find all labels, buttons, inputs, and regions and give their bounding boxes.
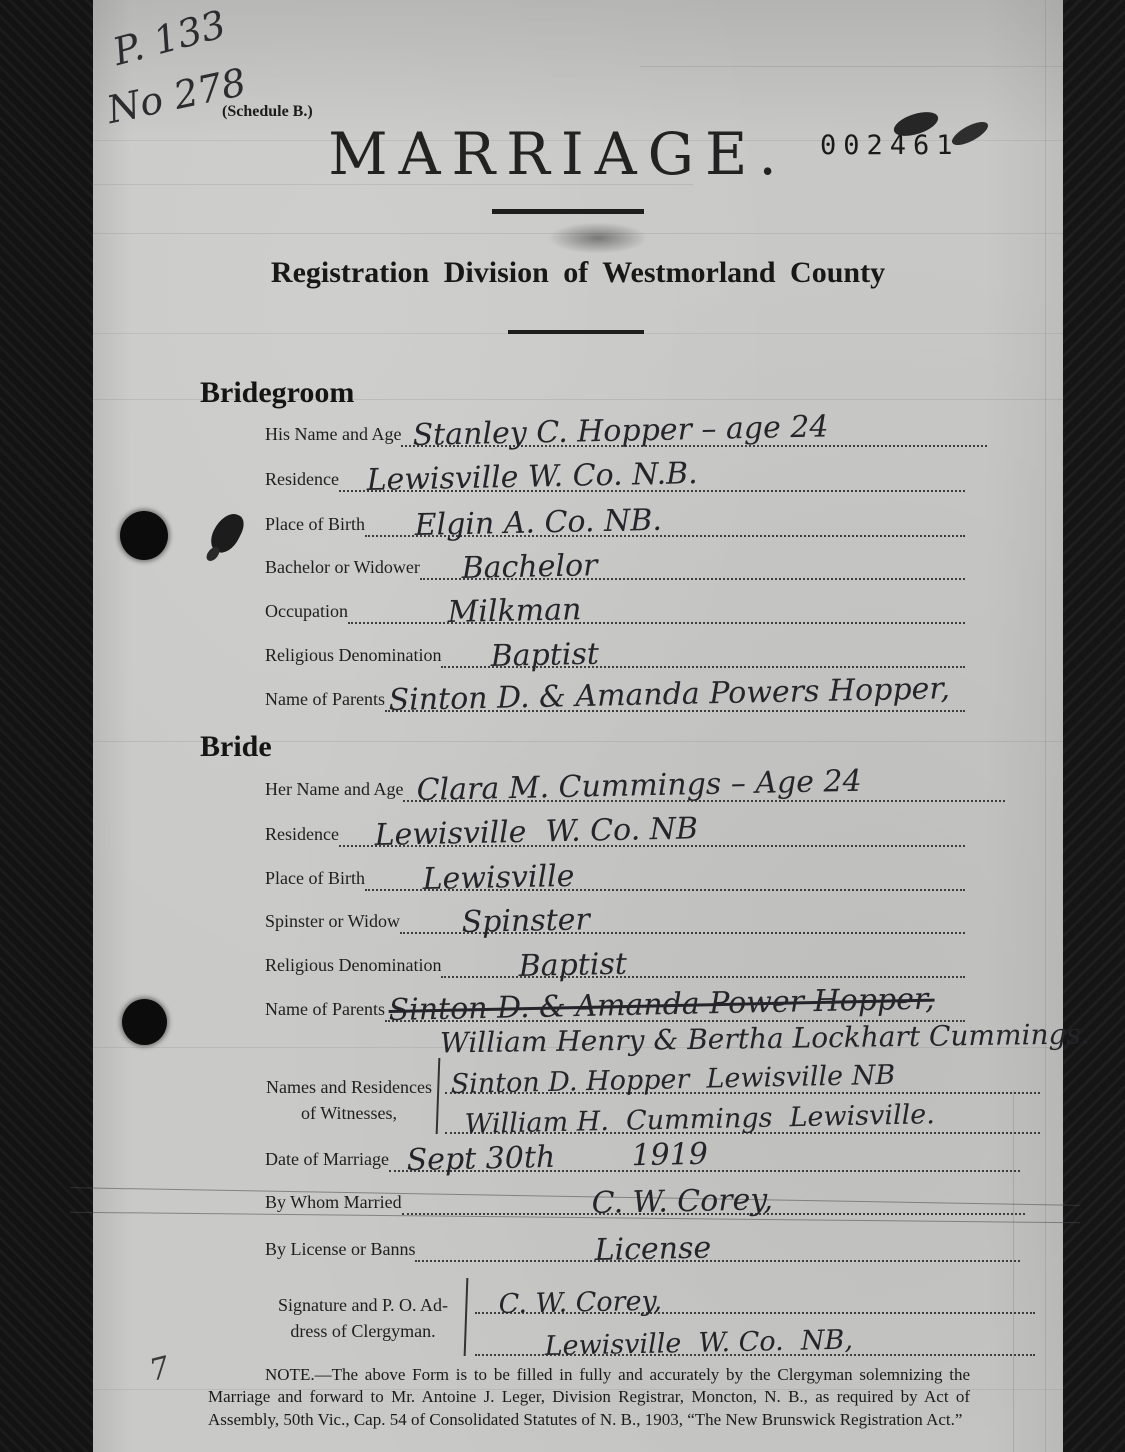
field-label: By Whom Married xyxy=(265,1192,402,1215)
field-row-groom-parents: Name of Parents Sinton D. & Amanda Power… xyxy=(265,668,965,712)
field-label: Religious Denomination xyxy=(265,645,441,668)
film-edge-right xyxy=(1063,0,1125,1452)
field-line: Spinster xyxy=(400,888,965,934)
clergyman-label-line1: Signature and P. O. Ad- xyxy=(278,1295,448,1315)
field-line: Baptist xyxy=(441,932,965,978)
witnesses-lines: Sinton D. Hopper Lewisville NB William H… xyxy=(445,1056,1040,1134)
clergyman-label-line2: dress of Clergyman. xyxy=(290,1321,435,1341)
field-line: Bachelor xyxy=(420,534,965,580)
field-line: Sept 30th 1919 xyxy=(389,1126,1020,1172)
field-label: Spinster or Widow xyxy=(265,911,400,934)
clergyman-label: Signature and P. O. Ad- dress of Clergym… xyxy=(265,1292,461,1344)
field-row-bride-name: Her Name and Age Clara M. Cummings – Age… xyxy=(265,758,1005,802)
serial-number-stamp: 002461 xyxy=(820,130,960,161)
field-label: Name of Parents xyxy=(265,999,385,1022)
scan-line-vertical xyxy=(1045,0,1046,1452)
field-label: Name of Parents xyxy=(265,689,385,712)
field-line: Clara M. Cummings – Age 24 xyxy=(403,756,1005,802)
punch-hole xyxy=(122,999,167,1045)
field-line: Lewisville W. Co. N.B. xyxy=(339,446,965,492)
smudge xyxy=(548,222,648,254)
divider-rule xyxy=(492,209,644,214)
field-label: Place of Birth xyxy=(265,514,365,537)
handwritten-value: License xyxy=(595,1231,712,1268)
field-label: Residence xyxy=(265,824,339,847)
field-row-marriage-date: Date of Marriage Sept 30th 1919 xyxy=(265,1128,1020,1172)
field-label: By License or Banns xyxy=(265,1239,415,1262)
divider-rule xyxy=(508,330,644,334)
field-row-bride-residence: Residence Lewisville W. Co. NB xyxy=(265,803,965,847)
schedule-label: (Schedule B.) xyxy=(222,103,313,121)
bride-heading: Bride xyxy=(200,730,272,764)
field-line: C. W. Corey, xyxy=(402,1169,1025,1215)
field-label: Religious Denomination xyxy=(265,955,441,978)
field-row-groom-name: His Name and Age Stanley C. Hopper – age… xyxy=(265,403,987,447)
field-row-groom-religion: Religious Denomination Baptist xyxy=(265,624,965,668)
scanned-document: P. 133 No 278 (Schedule B.) MARRIAGE. 00… xyxy=(0,0,1125,1452)
field-label: Residence xyxy=(265,469,339,492)
field-row-by-whom-married: By Whom Married C. W. Corey, xyxy=(265,1171,1025,1215)
field-line: Lewisville W. Co. NB xyxy=(339,801,965,847)
punch-hole xyxy=(120,511,168,560)
field-label: Bachelor or Widower xyxy=(265,557,420,580)
field-row-bride-religion: Religious Denomination Baptist xyxy=(265,934,965,978)
brace-mark xyxy=(464,1278,469,1356)
field-label: Place of Birth xyxy=(265,868,365,891)
field-row-groom-status: Bachelor or Widower Bachelor xyxy=(265,536,965,580)
clergyman-block: Signature and P. O. Ad- dress of Clergym… xyxy=(265,1276,1035,1356)
brace-mark xyxy=(436,1058,441,1134)
scan-line xyxy=(640,66,1063,67)
clergyman-lines: C. W. Corey, Lewisville W. Co. NB, xyxy=(475,1276,1035,1356)
field-line: Sinton D. & Amanda Powers Hopper, xyxy=(385,666,965,712)
field-row-bride-birthplace: Place of Birth Lewisville xyxy=(265,847,965,891)
witness-line: Sinton D. Hopper Lewisville NB xyxy=(445,1056,1040,1094)
field-row-bride-status: Spinster or Widow Spinster xyxy=(265,890,965,934)
field-label: Date of Marriage xyxy=(265,1149,389,1172)
witnesses-label-line1: Names and Residences xyxy=(266,1077,432,1097)
field-line: Elgin A. Co. NB. xyxy=(365,491,965,537)
field-line: Baptist xyxy=(441,622,965,668)
field-line: Stanley C. Hopper – age 24 xyxy=(401,401,987,447)
field-row-bride-parents: Name of Parents Sinton D. & Amanda Power… xyxy=(265,978,965,1022)
field-row-groom-residence: Residence Lewisville W. Co. N.B. xyxy=(265,448,965,492)
field-row-groom-birthplace: Place of Birth Elgin A. Co. NB. xyxy=(265,493,965,537)
film-edge-left xyxy=(0,0,93,1452)
clergyman-line: Lewisville W. Co. NB, xyxy=(475,1314,1035,1356)
witnesses-label-line2: of Witnesses, xyxy=(301,1103,397,1123)
witnesses-label: Names and Residences of Witnesses, xyxy=(265,1074,433,1126)
footer-note: NOTE.—The above Form is to be filled in … xyxy=(208,1364,970,1431)
clergyman-line: C. W. Corey, xyxy=(475,1276,1035,1314)
field-label: His Name and Age xyxy=(265,424,401,447)
witnesses-block: Names and Residences of Witnesses, Sinto… xyxy=(265,1056,1040,1134)
handwritten-value: Lewisville W. Co. NB, xyxy=(544,1325,853,1362)
division-subtitle: Registration Division of Westmorland Cou… xyxy=(93,256,1063,290)
handwritten-value: Sinton D. & Amanda Powers Hopper, xyxy=(388,671,950,718)
field-line: Sinton D. & Amanda Power Hopper, xyxy=(385,976,965,1022)
field-line: License xyxy=(415,1216,1020,1262)
field-line: Milkman xyxy=(348,578,965,624)
field-label: Her Name and Age xyxy=(265,779,403,802)
field-row-groom-occupation: Occupation Milkman xyxy=(265,580,965,624)
field-row-license-or-banns: By License or Banns License xyxy=(265,1218,1020,1262)
field-label: Occupation xyxy=(265,601,348,624)
field-line: Lewisville xyxy=(365,845,965,891)
